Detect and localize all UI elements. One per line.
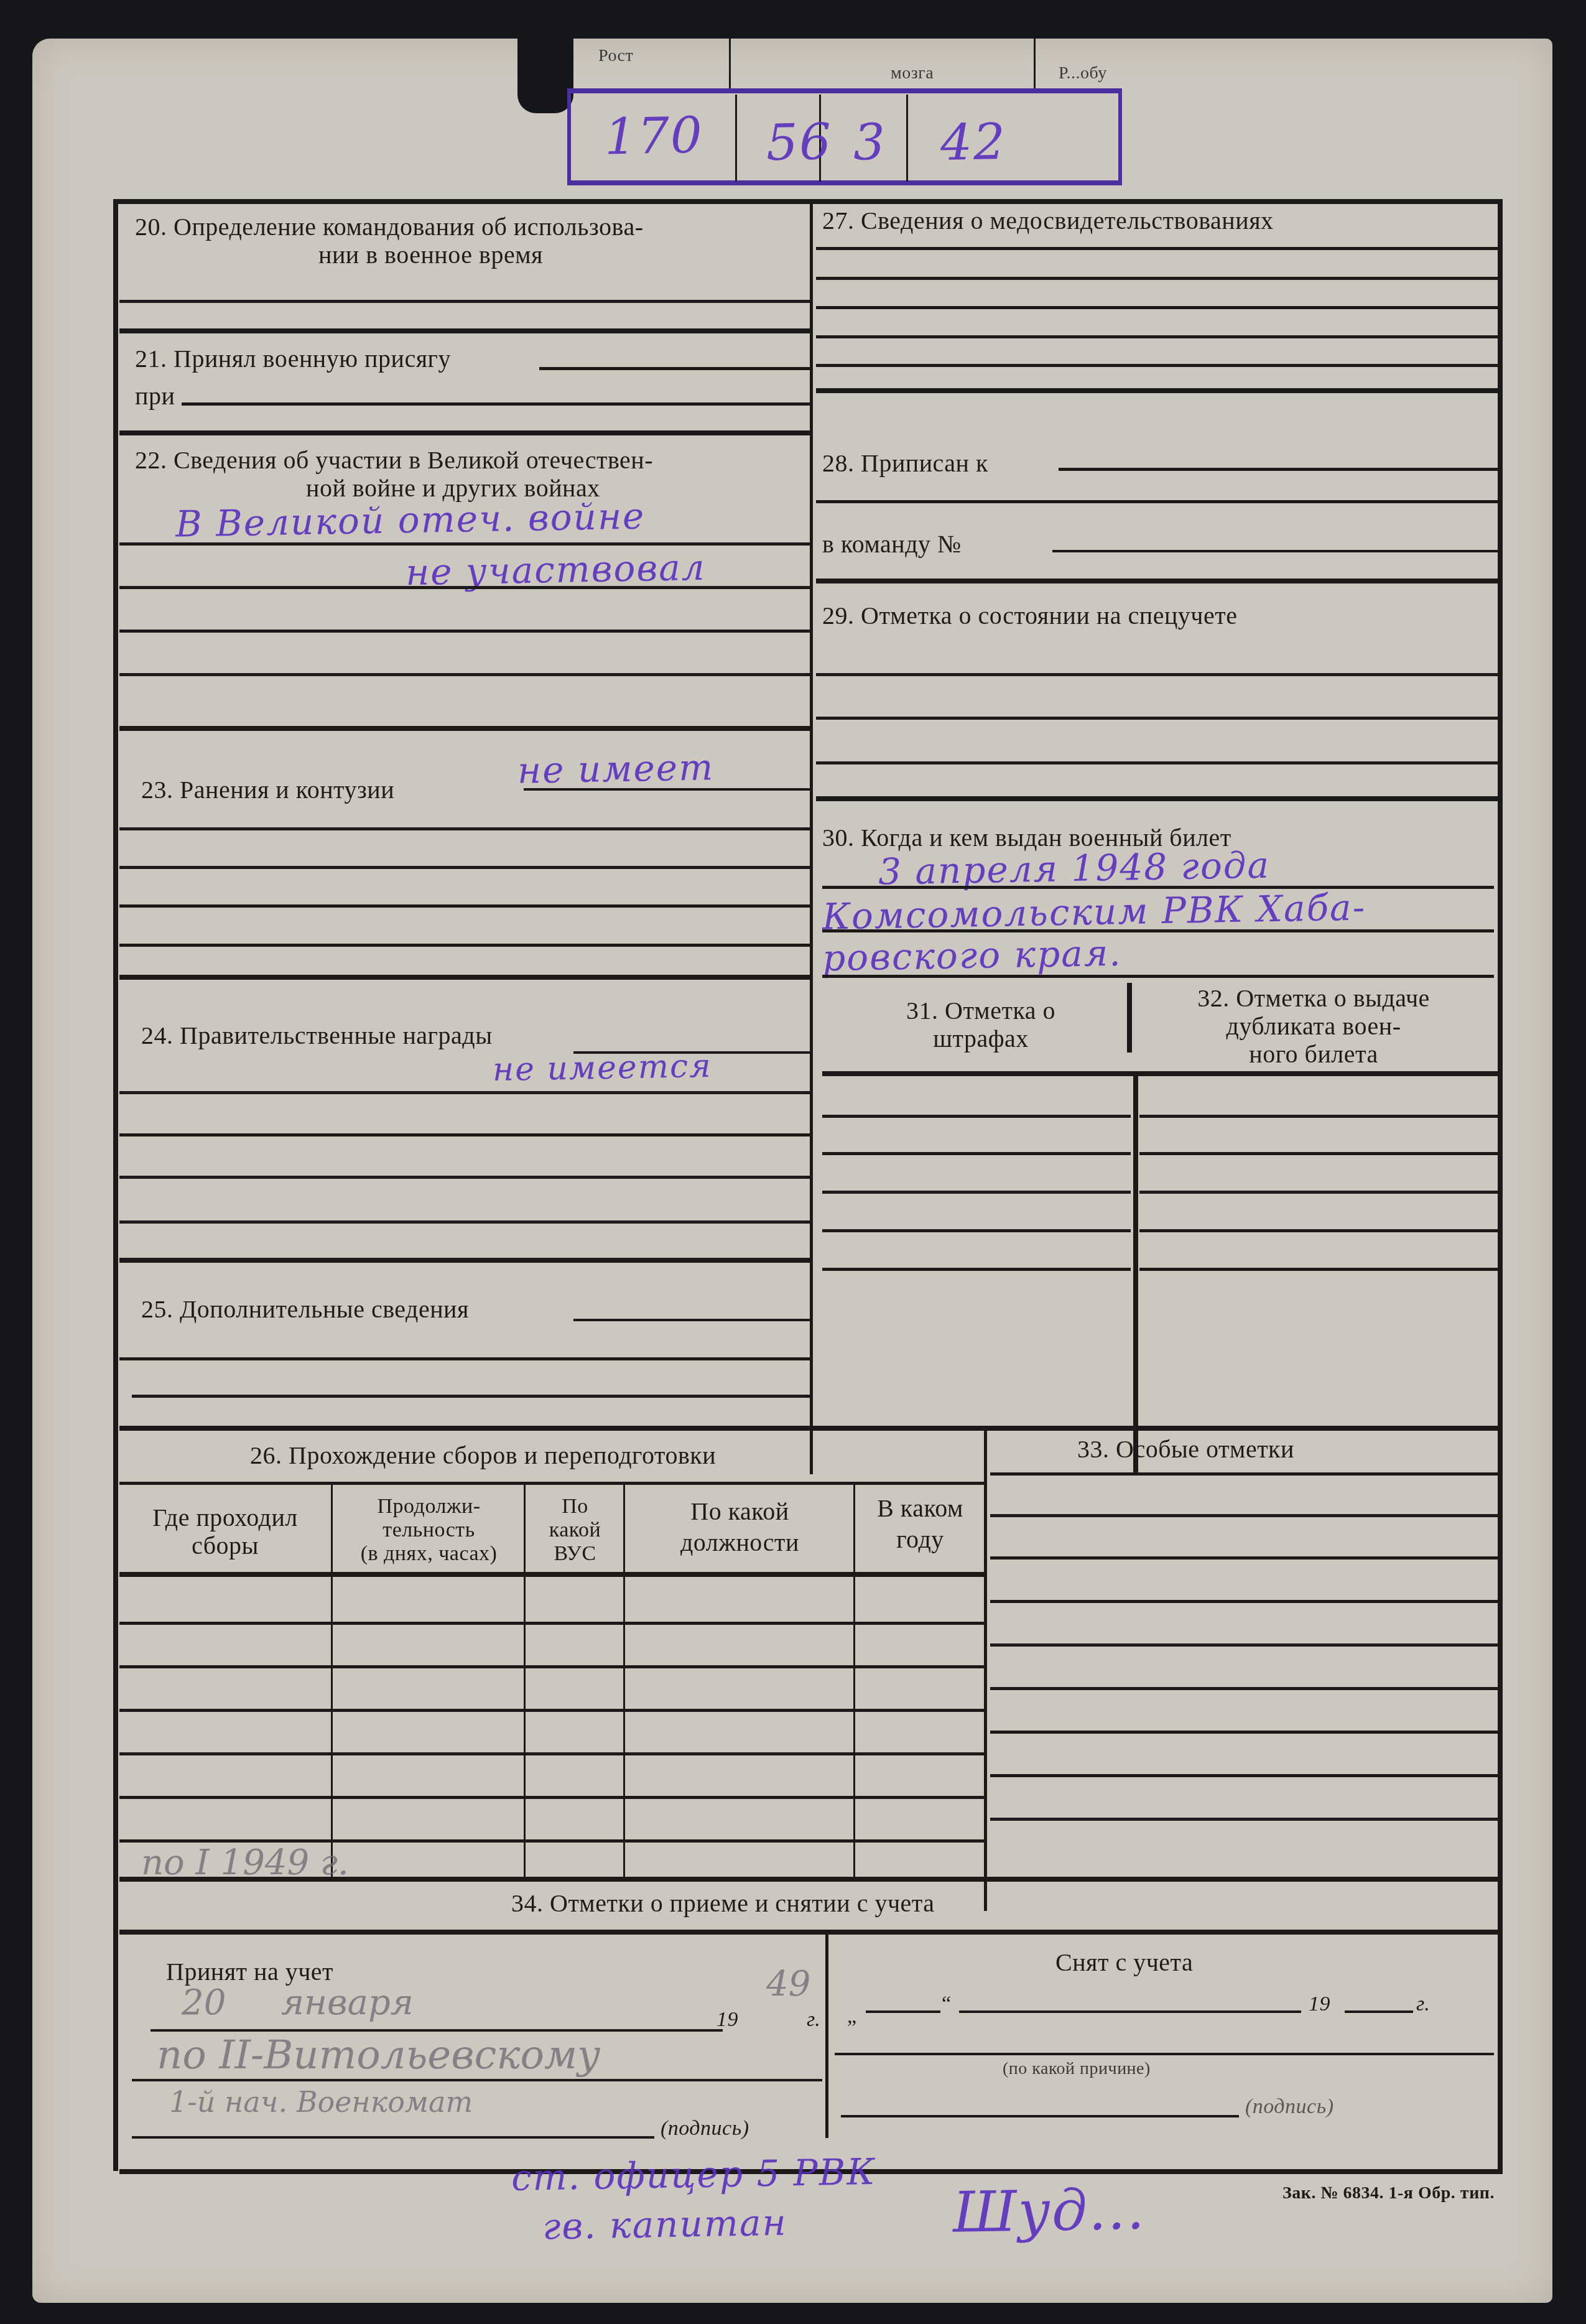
accepted-place: по II-Витольевскому: [157, 2032, 600, 2078]
table-row[interactable]: [119, 1622, 984, 1625]
removed-year-field[interactable]: [1345, 2010, 1413, 2013]
removed-signature-field[interactable]: [841, 2115, 1239, 2117]
col-header-year: В каком: [856, 1494, 984, 1523]
oath-place-field[interactable]: [182, 402, 810, 406]
war-participation-value-1: В Великой отеч. войне: [175, 495, 645, 545]
team-number-field[interactable]: [1052, 550, 1498, 552]
value-col4: 42: [940, 113, 1006, 172]
header-height: Рост: [598, 46, 633, 66]
removed-month-field[interactable]: [959, 2010, 1301, 2013]
accepted-day: 20: [182, 1982, 226, 2023]
accepted-month: января: [281, 1982, 414, 2023]
col-header-duration: Продолжи-: [334, 1494, 524, 1518]
accepted-signature-field[interactable]: [132, 2136, 654, 2139]
extra-info-field[interactable]: [119, 1357, 810, 1360]
table-row[interactable]: [119, 1709, 984, 1712]
accepted-year: 49: [766, 1964, 810, 2004]
assigned-to-field[interactable]: [1059, 468, 1498, 471]
document-card: Рост мозга Р...обу 170 56 3 42 20. Опред…: [32, 39, 1552, 2303]
oath-date-field[interactable]: [539, 367, 810, 370]
issued-by-region-value: ровского края.: [822, 932, 1122, 979]
header-col3: мозга: [891, 63, 934, 83]
col-header-vus: По: [527, 1494, 623, 1518]
col-header-where: Где проходил: [119, 1504, 331, 1532]
value-col3: 3: [853, 113, 887, 172]
officer-rank: гв. капитан: [542, 2201, 787, 2248]
value-height: 170: [604, 106, 703, 166]
officer-signature: Шуд...: [952, 2177, 1146, 2245]
table-row[interactable]: [119, 1796, 984, 1799]
accepted-date-field[interactable]: [151, 2029, 723, 2032]
table-row[interactable]: [119, 1665, 984, 1668]
removed-reason-field[interactable]: [835, 2053, 1494, 2055]
officer-title: ст. офицер 5 РВК: [511, 2150, 876, 2199]
wounds-value: не имеет: [517, 746, 714, 792]
value-col2: 56: [766, 113, 832, 172]
print-footer: Зак. № 6834. 1-я Обр. тип.: [1282, 2183, 1495, 2203]
header-col4: Р...обу: [1059, 63, 1107, 83]
table-row[interactable]: [119, 1752, 984, 1755]
top-strip: Рост мозга Р...обу 170 56 3 42: [505, 39, 1164, 188]
field-20-line[interactable]: [119, 300, 810, 303]
awards-value: не имеется: [493, 1048, 713, 1089]
col-header-position: По какой: [626, 1497, 853, 1526]
removed-day-field[interactable]: [866, 2010, 940, 2013]
accepted-signature-note: 1-й нач. Военкомат: [169, 2085, 473, 2119]
